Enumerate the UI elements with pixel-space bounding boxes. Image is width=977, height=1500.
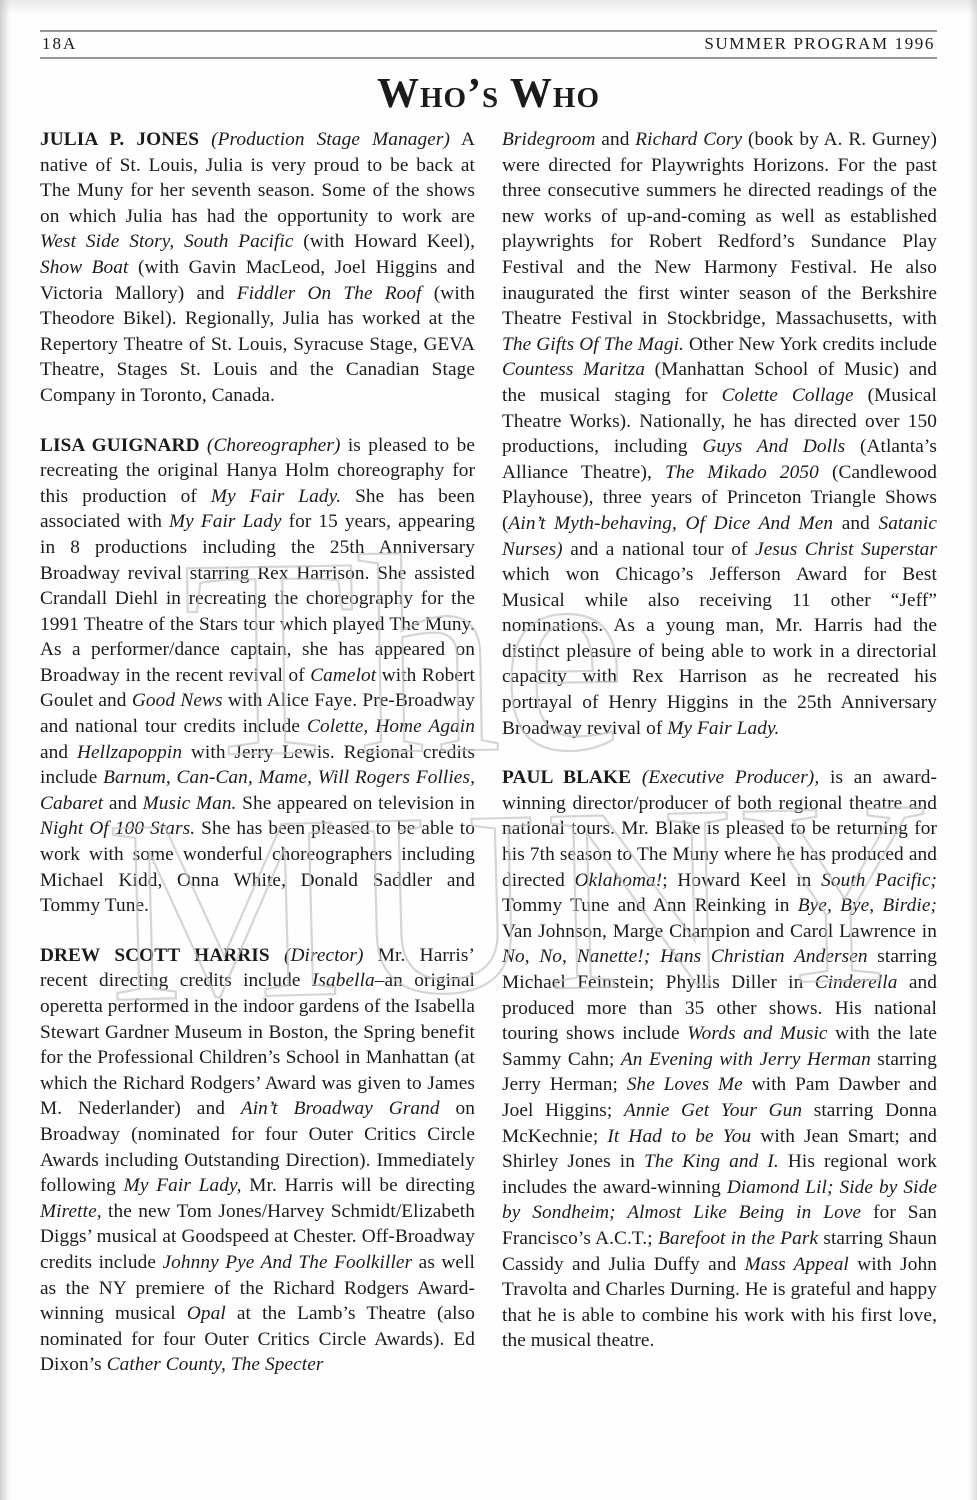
bio-julia-p-jones: JULIA P. JONES (Production Stage Manager…	[40, 127, 475, 409]
bio-columns: JULIA P. JONES (Production Stage Manager…	[0, 127, 977, 1378]
left-column: JULIA P. JONES (Production Stage Manager…	[40, 127, 475, 1378]
program-title: SUMMER PROGRAM 1996	[704, 34, 935, 54]
bio-drew-scott-harris-continued: Bridegroom and Richard Cory (book by A. …	[502, 127, 937, 741]
scan-edge-top	[0, 0, 977, 14]
page-number: 18A	[42, 34, 77, 54]
bio-drew-scott-harris: DREW SCOTT HARRIS (Director) Mr. Harris’…	[40, 943, 475, 1378]
bio-lisa-guignard: LISA GUIGNARD (Choreographer) is pleased…	[40, 433, 475, 919]
program-page: 18A SUMMER PROGRAM 1996 Who’s Who JULIA …	[0, 0, 977, 1500]
page-title: Who’s Who	[0, 71, 977, 117]
page-header: 18A SUMMER PROGRAM 1996	[40, 30, 937, 59]
bio-paul-blake: PAUL BLAKE (Executive Producer), is an a…	[502, 765, 937, 1354]
right-column: Bridegroom and Richard Cory (book by A. …	[502, 127, 937, 1378]
